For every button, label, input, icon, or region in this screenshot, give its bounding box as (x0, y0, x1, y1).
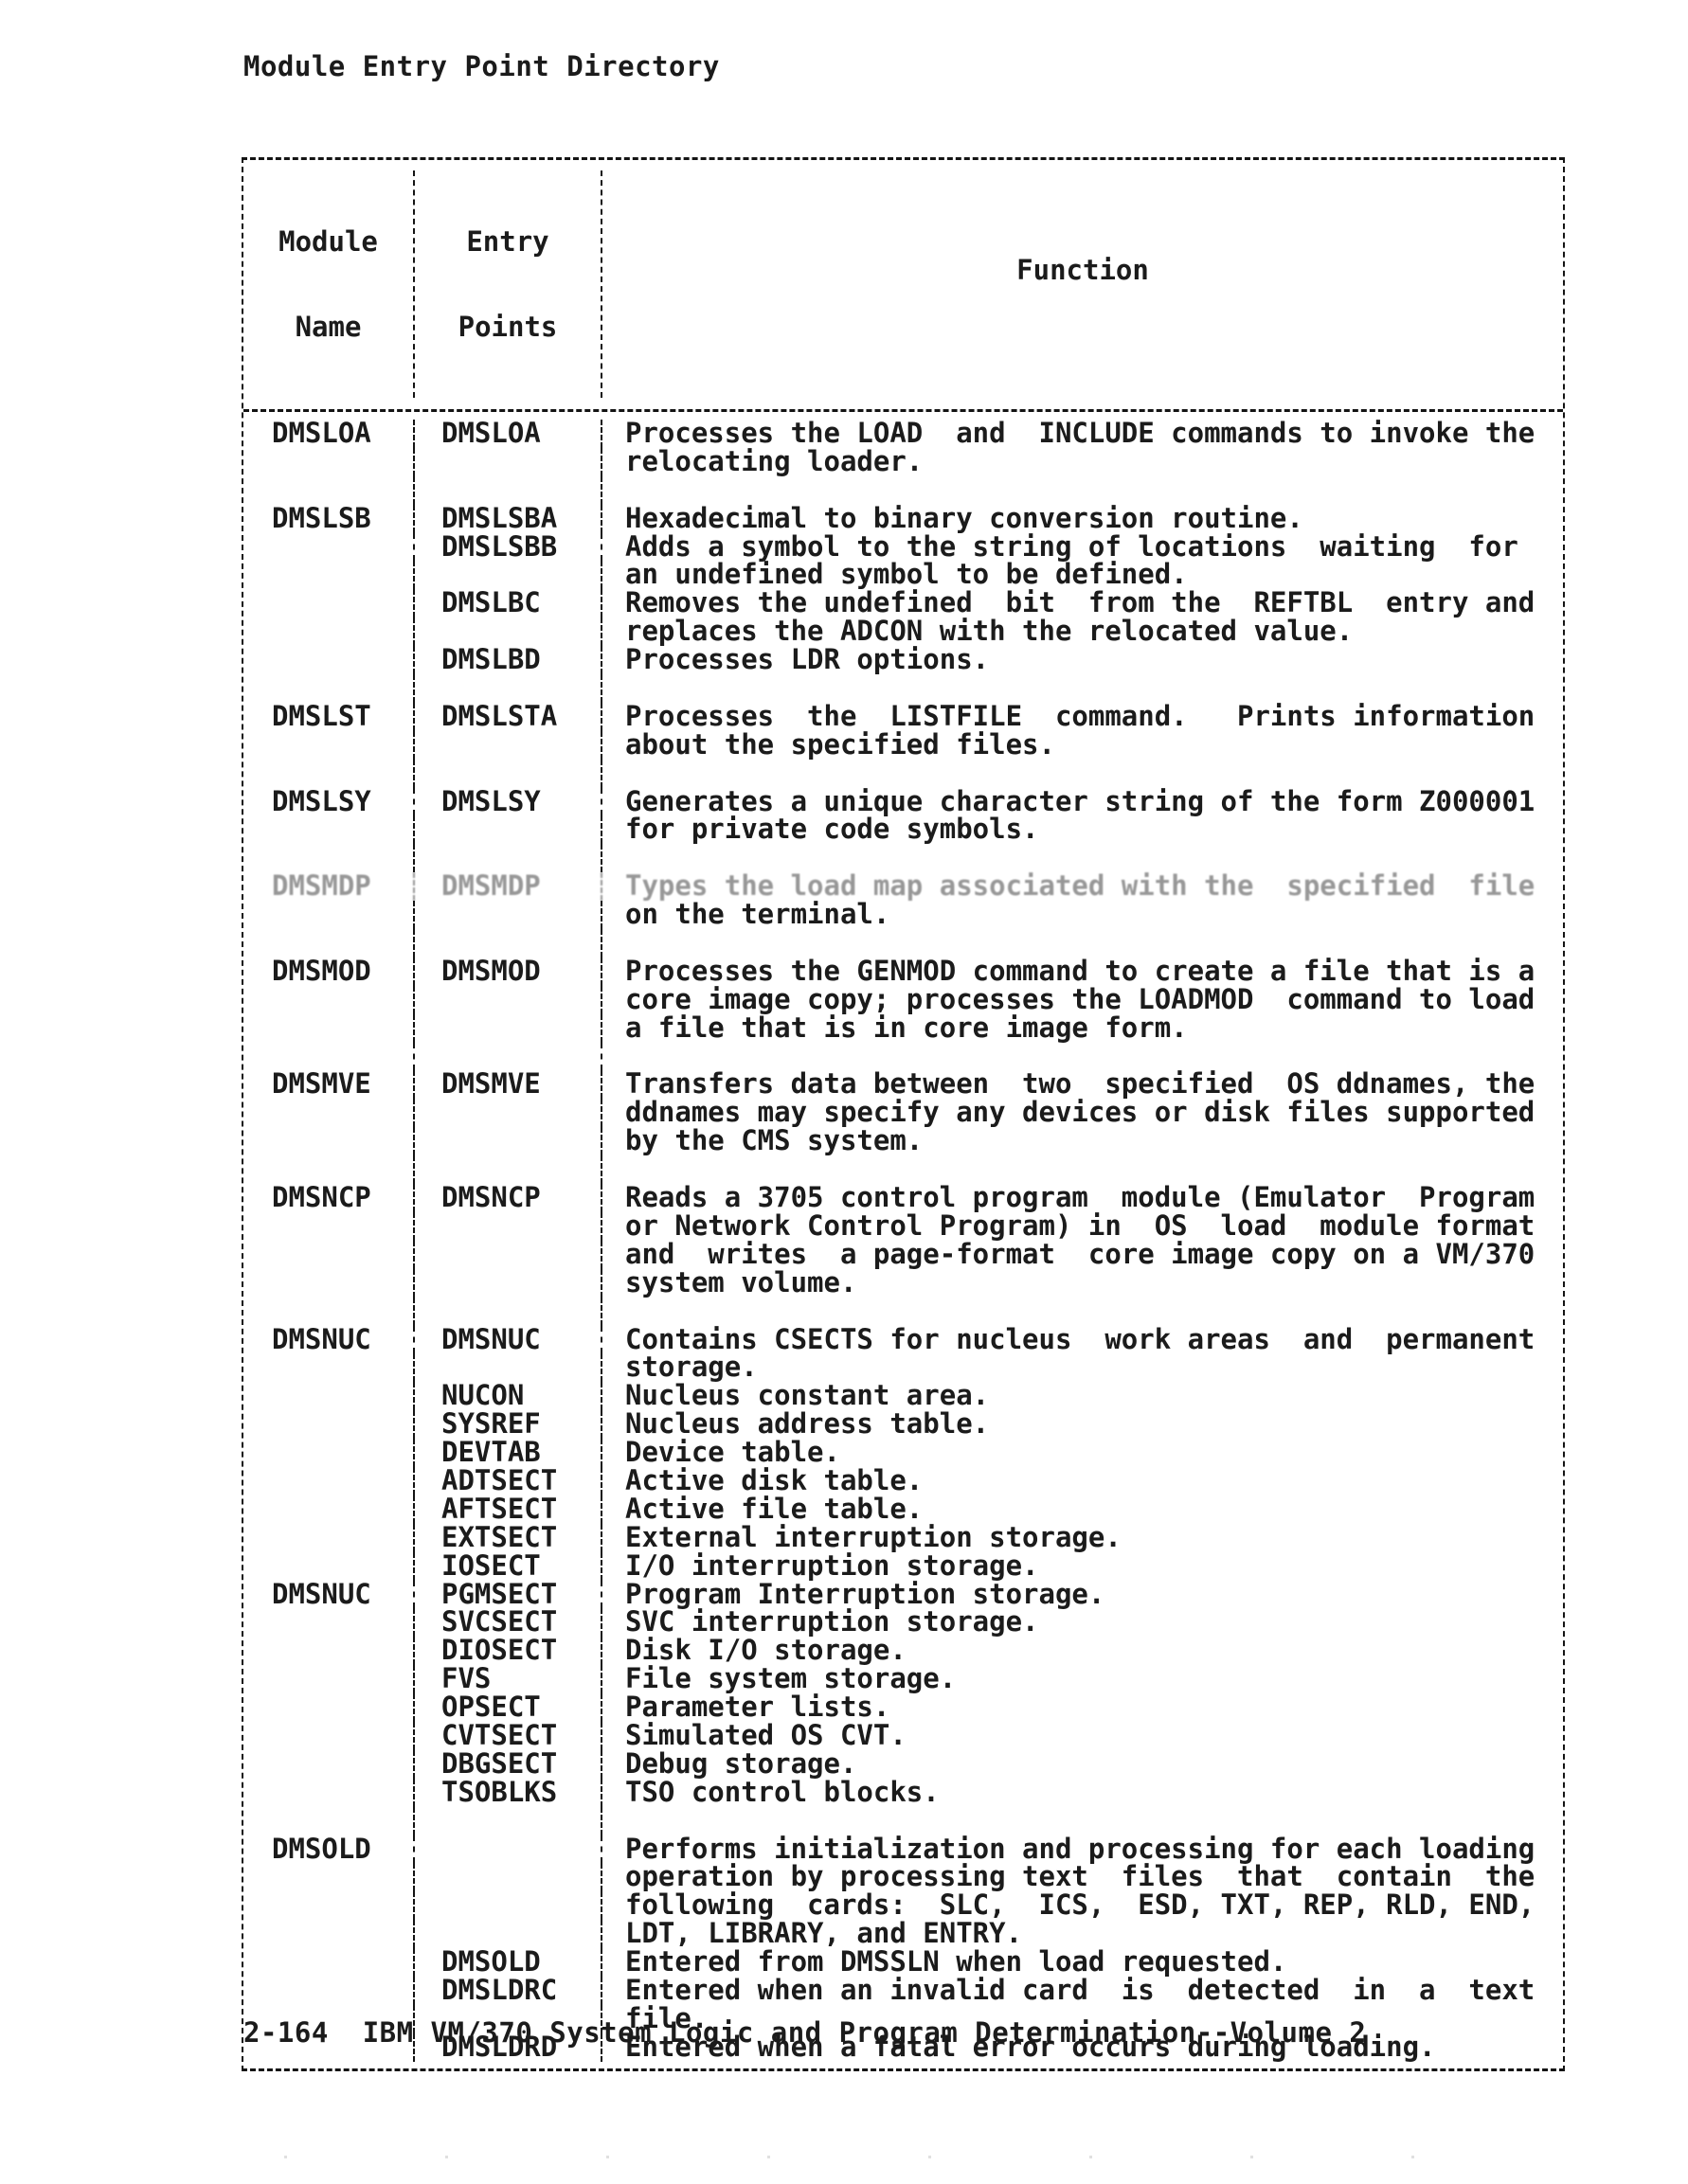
entry-point-cell: DMSLDRC (415, 1977, 602, 2005)
function-cell (602, 476, 1563, 505)
module-name-cell: DMSLSY (243, 788, 415, 816)
function-cell: Generates a unique character string of t… (602, 788, 1563, 816)
module-name-cell (243, 1948, 415, 1977)
entry-point-cell: DMSLSBA (415, 505, 602, 533)
function-cell: Contains CSECTS for nucleus work areas a… (602, 1326, 1563, 1354)
entry-point-cell (415, 1014, 602, 1043)
module-name-cell (243, 1155, 415, 1184)
module-name-cell (243, 1099, 415, 1127)
function-cell: Active disk table. (602, 1467, 1563, 1495)
scan-noise-artifact (284, 2156, 1535, 2158)
function-cell: Removes the undefined bit from the REFTB… (602, 589, 1563, 618)
module-name-cell (243, 589, 415, 618)
scanned-manual-page: Module Entry Point Directory Module Name… (0, 0, 1688, 2184)
table-row: DMSMVE DMSMVE Transfers data between two… (243, 1070, 1563, 1099)
entry-point-cell (415, 1241, 602, 1269)
entry-point-cell (415, 448, 602, 476)
function-cell: LDT, LIBRARY, and ENTRY. (602, 1920, 1563, 1948)
entry-point-cell: DEVTAB (415, 1439, 602, 1467)
function-cell: Adds a symbol to the string of locations… (602, 533, 1563, 562)
function-cell: Reads a 3705 control program module (Emu… (602, 1184, 1563, 1212)
table-row (243, 1807, 1563, 1835)
table-row: relocating loader. (243, 448, 1563, 476)
function-cell: Parameter lists. (602, 1693, 1563, 1722)
function-cell: Disk I/O storage. (602, 1637, 1563, 1665)
table-row: for private code symbols. (243, 815, 1563, 844)
module-name-cell (243, 1779, 415, 1807)
function-cell: by the CMS system. (602, 1127, 1563, 1155)
entry-point-cell: DMSLSTA (415, 703, 602, 731)
module-name-cell (243, 929, 415, 958)
function-cell: Active file table. (602, 1495, 1563, 1524)
table-row: DEVTAB Device table. (243, 1439, 1563, 1467)
entry-point-cell (415, 815, 602, 844)
module-name-cell (243, 1977, 415, 2005)
entry-point-cell (415, 760, 602, 788)
function-cell: Hexadecimal to binary conversion routine… (602, 505, 1563, 533)
entry-point-cell: DMSNUC (415, 1326, 602, 1354)
module-name-cell: DMSNCP (243, 1184, 415, 1212)
module-name-cell (243, 1298, 415, 1326)
module-name-cell (243, 1467, 415, 1495)
module-name-cell (243, 1608, 415, 1637)
function-cell: an undefined symbol to be defined. (602, 561, 1563, 589)
table-row: following cards: SLC, ICS, ESD, TXT, REP… (243, 1891, 1563, 1920)
table-row: DMSLSBB Adds a symbol to the string of l… (243, 533, 1563, 562)
entry-point-cell (415, 1920, 602, 1948)
table-row: LDT, LIBRARY, and ENTRY. (243, 1920, 1563, 1948)
table-row: DMSMOD DMSMOD Processes the GENMOD comma… (243, 958, 1563, 986)
table-row: AFTSECT Active file table. (243, 1495, 1563, 1524)
entry-point-cell (415, 1353, 602, 1382)
entry-point-cell: DMSLBC (415, 589, 602, 618)
module-name-cell (243, 1439, 415, 1467)
entry-point-cell: DMSLSBB (415, 533, 602, 562)
entry-point-cell (415, 1298, 602, 1326)
function-cell: I/O interruption storage. (602, 1552, 1563, 1581)
module-name-cell (243, 1241, 415, 1269)
table-row: OPSECT Parameter lists. (243, 1693, 1563, 1722)
entry-point-cell: DMSLBD (415, 646, 602, 674)
table-row: or Network Control Program) in OS load m… (243, 1212, 1563, 1241)
table-row: replaces the ADCON with the relocated va… (243, 618, 1563, 646)
function-cell (602, 674, 1563, 703)
entry-point-cell: DMSMVE (415, 1070, 602, 1099)
table-row: an undefined symbol to be defined. (243, 561, 1563, 589)
entry-point-cell: IOSECT (415, 1552, 602, 1581)
function-cell: replaces the ADCON with the relocated va… (602, 618, 1563, 646)
table-row (243, 929, 1563, 958)
function-cell: Performs initialization and processing f… (602, 1835, 1563, 1864)
entry-point-cell: DMSOLD (415, 1948, 602, 1977)
module-name-cell: DMSLOA (243, 420, 415, 448)
entry-point-cell: CVTSECT (415, 1722, 602, 1750)
module-name-cell (243, 1552, 415, 1581)
table-row: SYSREF Nucleus address table. (243, 1410, 1563, 1439)
function-cell: a file that is in core image form. (602, 1014, 1563, 1043)
page-title: Module Entry Point Directory (243, 51, 720, 81)
module-name-cell: DMSOLD (243, 1835, 415, 1864)
function-cell: Types the load map associated with the s… (602, 872, 1563, 901)
function-cell: ddnames may specify any devices or disk … (602, 1099, 1563, 1127)
table-row: DMSNUC PGMSECT Program Interruption stor… (243, 1581, 1563, 1609)
function-cell (602, 1155, 1563, 1184)
entry-point-cell: DBGSECT (415, 1750, 602, 1779)
module-name-cell: DMSMVE (243, 1070, 415, 1099)
function-cell: Entered from DMSSLN when load requested. (602, 1948, 1563, 1977)
function-cell (602, 844, 1563, 872)
function-cell: Debug storage. (602, 1750, 1563, 1779)
module-name-cell (243, 1863, 415, 1891)
entry-point-cell (415, 1212, 602, 1241)
module-name-cell (243, 476, 415, 505)
header-cell-module-name: Module Name (243, 170, 415, 398)
header-entry-line2: Points (415, 313, 601, 341)
table-row: CVTSECT Simulated OS CVT. (243, 1722, 1563, 1750)
function-cell: and writes a page-format core image copy… (602, 1241, 1563, 1269)
module-name-cell: DMSLSB (243, 505, 415, 533)
entry-point-cell (415, 1269, 602, 1298)
entry-point-cell (415, 1863, 602, 1891)
module-name-cell (243, 533, 415, 562)
module-name-cell (243, 1495, 415, 1524)
table-row (243, 476, 1563, 505)
module-name-cell (243, 1127, 415, 1155)
header-cell-entry-points: Entry Points (415, 170, 602, 398)
function-cell: Processes the LOAD and INCLUDE commands … (602, 420, 1563, 448)
function-cell: Entered when an invalid card is detected… (602, 1977, 1563, 2005)
function-cell: Processes the GENMOD command to create a… (602, 958, 1563, 986)
table-row (243, 844, 1563, 872)
table-row (243, 760, 1563, 788)
function-cell: about the specified files. (602, 731, 1563, 760)
entry-point-cell (415, 674, 602, 703)
table-row: core image copy; processes the LOADMOD c… (243, 986, 1563, 1014)
function-cell: or Network Control Program) in OS load m… (602, 1212, 1563, 1241)
module-name-cell: DMSMOD (243, 958, 415, 986)
module-name-cell (243, 674, 415, 703)
entry-point-cell: PGMSECT (415, 1581, 602, 1609)
module-name-cell (243, 1269, 415, 1298)
function-cell: for private code symbols. (602, 815, 1563, 844)
function-cell: External interruption storage. (602, 1524, 1563, 1552)
entry-point-cell (415, 731, 602, 760)
header-module-line1: Module (243, 227, 413, 256)
module-name-cell (243, 1043, 415, 1071)
entry-point-cell (415, 476, 602, 505)
function-cell: operation by processing text files that … (602, 1863, 1563, 1891)
table-row: DMSMDP DMSMDP Types the load map associa… (243, 872, 1563, 901)
entry-point-cell: NUCON (415, 1382, 602, 1410)
function-cell: core image copy; processes the LOADMOD c… (602, 986, 1563, 1014)
function-cell: Processes LDR options. (602, 646, 1563, 674)
module-name-cell (243, 1750, 415, 1779)
table-row: FVS File system storage. (243, 1665, 1563, 1693)
header-function-label: Function (602, 256, 1563, 284)
module-name-cell: DMSMDP (243, 872, 415, 901)
table-row: by the CMS system. (243, 1127, 1563, 1155)
function-cell (602, 1298, 1563, 1326)
function-cell: Simulated OS CVT. (602, 1722, 1563, 1750)
table-row: DMSLDRC Entered when an invalid card is … (243, 1977, 1563, 2005)
entry-point-cell: TSOBLKS (415, 1779, 602, 1807)
function-cell: Device table. (602, 1439, 1563, 1467)
table-row: DMSLBD Processes LDR options. (243, 646, 1563, 674)
entry-point-cell: SVCSECT (415, 1608, 602, 1637)
entry-point-cell (415, 561, 602, 589)
table-row: DMSOLD Entered from DMSSLN when load req… (243, 1948, 1563, 1977)
header-module-line2: Name (243, 313, 413, 341)
module-name-cell: DMSNUC (243, 1581, 415, 1609)
module-name-cell (243, 1410, 415, 1439)
module-name-cell (243, 1722, 415, 1750)
module-name-cell (243, 1920, 415, 1948)
entry-point-cell: EXTSECT (415, 1524, 602, 1552)
entry-point-cell (415, 1807, 602, 1835)
entry-point-cell (415, 618, 602, 646)
table-row: and writes a page-format core image copy… (243, 1241, 1563, 1269)
entry-point-cell: OPSECT (415, 1693, 602, 1722)
module-name-cell (243, 448, 415, 476)
entry-point-cell (415, 1099, 602, 1127)
function-cell: Nucleus constant area. (602, 1382, 1563, 1410)
function-cell (602, 929, 1563, 958)
table-row: DMSLSB DMSLSBA Hexadecimal to binary con… (243, 505, 1563, 533)
entry-point-cell: FVS (415, 1665, 602, 1693)
module-entry-point-directory-table: Module Name Entry Points Function DMSLOA… (242, 157, 1565, 2071)
table-row: DMSLST DMSLSTA Processes the LISTFILE co… (243, 703, 1563, 731)
entry-point-cell (415, 844, 602, 872)
module-name-cell: DMSLST (243, 703, 415, 731)
table-row (243, 1298, 1563, 1326)
entry-point-cell (415, 929, 602, 958)
entry-point-cell: DMSMOD (415, 958, 602, 986)
module-name-cell (243, 1891, 415, 1920)
module-name-cell (243, 815, 415, 844)
module-name-cell (243, 1212, 415, 1241)
table-row: EXTSECT External interruption storage. (243, 1524, 1563, 1552)
module-name-cell (243, 731, 415, 760)
page-footer: 2-164 IBM VM/370 System Logic and Progra… (243, 2017, 1366, 2048)
table-row: a file that is in core image form. (243, 1014, 1563, 1043)
module-name-cell (243, 986, 415, 1014)
entry-point-cell: DMSNCP (415, 1184, 602, 1212)
table-row: system volume. (243, 1269, 1563, 1298)
module-name-cell (243, 618, 415, 646)
function-cell (602, 1807, 1563, 1835)
entry-point-cell: SYSREF (415, 1410, 602, 1439)
table-row: DMSLOA DMSLOA Processes the LOAD and INC… (243, 420, 1563, 448)
table-row: on the terminal. (243, 901, 1563, 929)
function-cell: relocating loader. (602, 448, 1563, 476)
module-name-cell: DMSNUC (243, 1326, 415, 1354)
table-row: about the specified files. (243, 731, 1563, 760)
entry-point-cell: DMSLOA (415, 420, 602, 448)
table-row (243, 1155, 1563, 1184)
function-cell: system volume. (602, 1269, 1563, 1298)
table-row: DMSLSY DMSLSY Generates a unique charact… (243, 788, 1563, 816)
entry-point-cell (415, 901, 602, 929)
module-name-cell (243, 901, 415, 929)
entry-point-cell (415, 1127, 602, 1155)
table-row: DIOSECT Disk I/O storage. (243, 1637, 1563, 1665)
table-row: DMSNCP DMSNCP Reads a 3705 control progr… (243, 1184, 1563, 1212)
module-name-cell (243, 1637, 415, 1665)
module-name-cell (243, 561, 415, 589)
table-row: ADTSECT Active disk table. (243, 1467, 1563, 1495)
module-name-cell (243, 1382, 415, 1410)
header-cell-function: Function (602, 170, 1563, 398)
module-name-cell (243, 1807, 415, 1835)
entry-point-cell: ADTSECT (415, 1467, 602, 1495)
table-row: DMSNUC DMSNUC Contains CSECTS for nucleu… (243, 1326, 1563, 1354)
module-name-cell (243, 1524, 415, 1552)
entry-point-cell: AFTSECT (415, 1495, 602, 1524)
entry-point-cell: DMSLSY (415, 788, 602, 816)
function-cell: storage. (602, 1353, 1563, 1382)
table-row: storage. (243, 1353, 1563, 1382)
module-name-cell (243, 1665, 415, 1693)
table-header: Module Name Entry Points Function (243, 160, 1563, 412)
function-cell: Program Interruption storage. (602, 1581, 1563, 1609)
table-row (243, 674, 1563, 703)
table-row: ddnames may specify any devices or disk … (243, 1099, 1563, 1127)
function-cell: TSO control blocks. (602, 1779, 1563, 1807)
function-cell (602, 1043, 1563, 1071)
table-row: TSOBLKS TSO control blocks. (243, 1779, 1563, 1807)
function-cell: File system storage. (602, 1665, 1563, 1693)
function-cell: Transfers data between two specified OS … (602, 1070, 1563, 1099)
table-row: operation by processing text files that … (243, 1863, 1563, 1891)
module-name-cell (243, 646, 415, 674)
module-name-cell (243, 1693, 415, 1722)
entry-point-cell (415, 1835, 602, 1864)
entry-point-cell (415, 986, 602, 1014)
entry-point-cell (415, 1043, 602, 1071)
table-row: DMSLBC Removes the undefined bit from th… (243, 589, 1563, 618)
entry-point-cell: DIOSECT (415, 1637, 602, 1665)
table-row: SVCSECT SVC interruption storage. (243, 1608, 1563, 1637)
header-entry-line1: Entry (415, 227, 601, 256)
table-row: NUCON Nucleus constant area. (243, 1382, 1563, 1410)
entry-point-cell: DMSMDP (415, 872, 602, 901)
table-row: DBGSECT Debug storage. (243, 1750, 1563, 1779)
function-cell: Processes the LISTFILE command. Prints i… (602, 703, 1563, 731)
entry-point-cell (415, 1891, 602, 1920)
entry-point-cell (415, 1155, 602, 1184)
table-row: IOSECT I/O interruption storage. (243, 1552, 1563, 1581)
function-cell: Nucleus address table. (602, 1410, 1563, 1439)
module-name-cell (243, 760, 415, 788)
function-cell: on the terminal. (602, 901, 1563, 929)
module-name-cell (243, 844, 415, 872)
table-row: DMSOLD Performs initialization and proce… (243, 1835, 1563, 1864)
function-cell: following cards: SLC, ICS, ESD, TXT, REP… (602, 1891, 1563, 1920)
module-name-cell (243, 1353, 415, 1382)
table-body: DMSLOA DMSLOA Processes the LOAD and INC… (243, 412, 1563, 2068)
function-cell: SVC interruption storage. (602, 1608, 1563, 1637)
module-name-cell (243, 1014, 415, 1043)
function-cell (602, 760, 1563, 788)
table-row (243, 1043, 1563, 1071)
